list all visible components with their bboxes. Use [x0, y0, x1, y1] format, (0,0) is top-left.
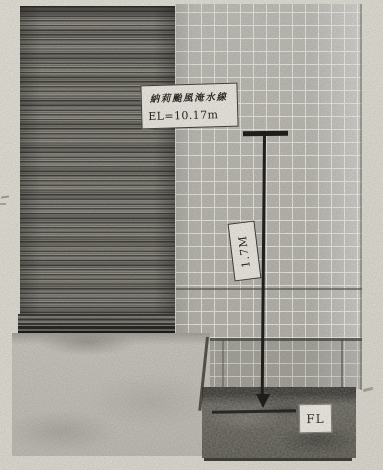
floor-level-box: FL [299, 404, 333, 434]
tiled-wall-lower-shade [206, 338, 362, 390]
tile-joint-vertical-right [341, 340, 343, 388]
flood-line-label-elevation: EL=10.17m [148, 108, 237, 123]
tile-joint-vertical-left [222, 340, 224, 388]
photo-right-edge [360, 4, 362, 390]
roller-shutter-bottom-bar [18, 314, 175, 333]
flood-line-label: 納莉颱風淹水線 EL=10.17m [140, 83, 238, 130]
ground-speckle-texture [202, 387, 356, 458]
roller-shutter-door [20, 6, 175, 333]
pencil-mark-right [363, 387, 373, 392]
ground-baseline [204, 458, 352, 461]
pencil-mark-left-upper [1, 195, 9, 198]
flood-line-label-title: 納莉颱風淹水線 [150, 89, 237, 105]
tile-joint-horizontal-upper [176, 288, 362, 290]
pencil-mark-left-lower [0, 203, 6, 205]
scanned-flood-survey-photo: 納莉颱風淹水線 EL=10.17m 1.7M FL [0, 0, 383, 470]
tile-joint-horizontal-lower [206, 338, 362, 341]
floor-level-label: FL [306, 411, 325, 425]
concrete-apron [12, 333, 210, 456]
ground-surface [202, 387, 356, 458]
arrow-down-icon [256, 394, 270, 408]
height-dimension-label: 1.7M [236, 234, 253, 268]
